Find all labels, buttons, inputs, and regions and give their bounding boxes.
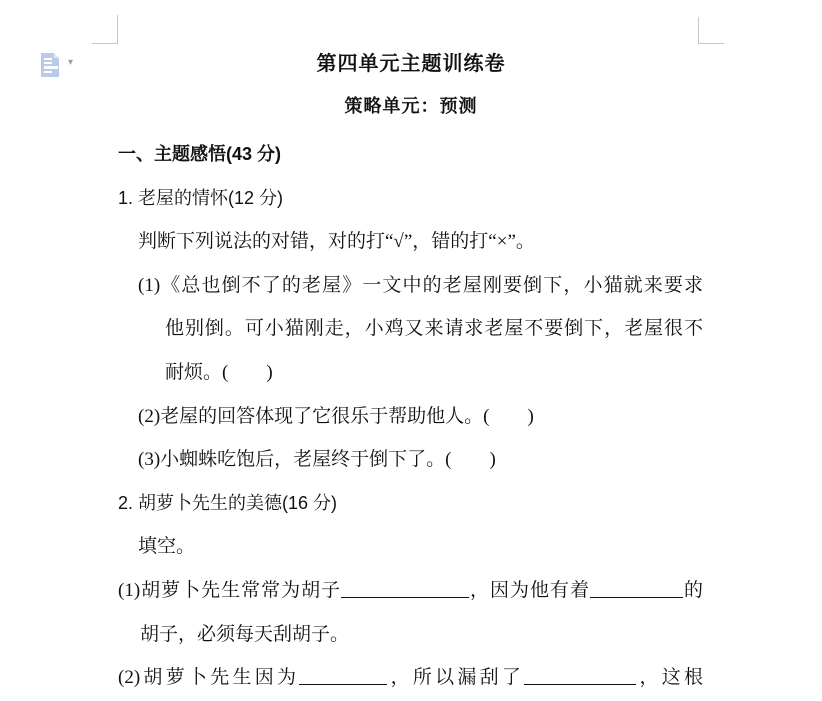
answer-blank — [590, 580, 683, 598]
q2-sub1-seg1: (1)胡萝卜先生常常为胡子 — [118, 580, 341, 601]
q2-instruction: 填空。 — [118, 525, 703, 569]
q1-sub1-line1: (1)《总也倒不了的老屋》一文中的老屋刚要倒下，小猫就来要求 — [118, 264, 703, 308]
q2-sub2-seg3: ，这根 — [636, 667, 703, 688]
q2-sub2-seg1: (2)胡萝卜先生因为 — [118, 667, 299, 688]
q2-sub2-line1: (2)胡萝卜先生因为，所以漏刮了，这根 — [118, 656, 703, 700]
q2-sub1-line2: 胡子，必须每天刮胡子。 — [118, 613, 703, 657]
q1-sub3: (3)小蜘蛛吃饱后，老屋终于倒下了。( ) — [118, 438, 703, 482]
q1-instruction: 判断下列说法的对错，对的打“√”，错的打“×”。 — [118, 220, 703, 264]
q2-sub2-seg2: ，所以漏刮了 — [387, 667, 524, 688]
page-corner-mark-right — [698, 17, 724, 44]
q1-heading: 1. 老屋的情怀(12 分) — [118, 177, 703, 221]
q2-sub1-seg2: ，因为他有着 — [469, 580, 590, 601]
document-body: 一、主题感悟(43 分) 1. 老屋的情怀(12 分) 判断下列说法的对错，对的… — [118, 133, 703, 700]
document-subtitle: 策略单元：预测 — [0, 93, 822, 119]
page-corner-mark-left — [92, 15, 118, 44]
document-title: 第四单元主题训练卷 — [0, 50, 822, 78]
answer-blank — [341, 580, 469, 598]
q2-heading: 2. 胡萝卜先生的美德(16 分) — [118, 482, 703, 526]
document-page: ▾ 第四单元主题训练卷 策略单元：预测 一、主题感悟(43 分) 1. 老屋的情… — [0, 0, 822, 701]
q1-sub2: (2)老屋的回答体现了它很乐于帮助他人。( ) — [118, 395, 703, 439]
q1-sub1-line3: 耐烦。( ) — [118, 351, 703, 395]
q2-sub1-seg3: 的 — [683, 580, 703, 601]
answer-blank — [524, 667, 636, 685]
answer-blank — [299, 667, 387, 685]
q1-sub1-line2: 他别倒。可小猫刚走，小鸡又来请求老屋不要倒下，老屋很不 — [118, 307, 703, 351]
section1-heading: 一、主题感悟(43 分) — [118, 133, 703, 177]
q2-sub1-line1: (1)胡萝卜先生常常为胡子，因为他有着的 — [118, 569, 703, 613]
